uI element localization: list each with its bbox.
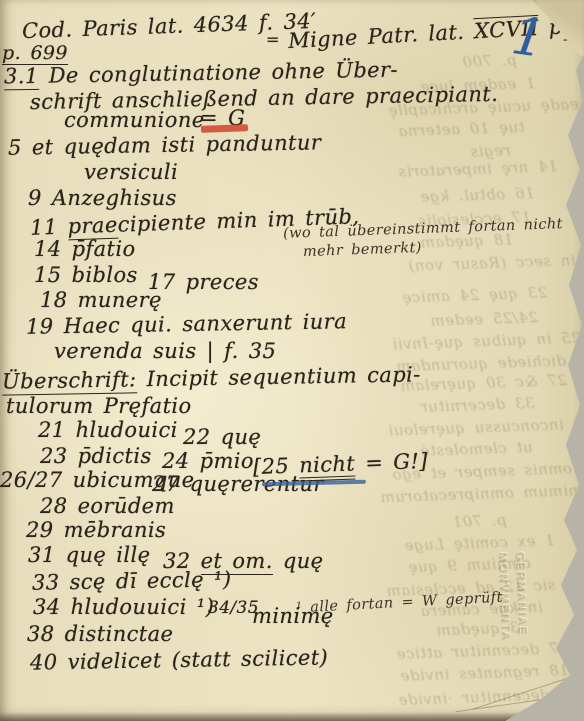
ueberschrift-line: Überschrift: Incipit sequentium capi- [2, 364, 421, 392]
incipit-text: Incipit sequentium capi- [136, 362, 421, 391]
bleedthrough-line: 16 obtul. kge [420, 184, 535, 206]
entry-19-continuation: verenda suis | f. 35 [54, 341, 276, 362]
equals-sign: = [266, 32, 280, 48]
bleedthrough-line: 18 regnantes invide [400, 661, 569, 685]
tulorum-line: tulorum Pręfatio [6, 396, 192, 417]
bleedthrough-line: 33 decernitur [420, 394, 535, 416]
bleedthrough-line: tuę 10 aeterna [398, 118, 525, 140]
marginal-note-line2: mehr bemerkt) [303, 241, 422, 260]
scanned-manuscript-page: { "t": { "header_left": "Cod. Paris lat.… [0, 0, 584, 721]
entry-5: 5 et quędam isti panduntur [8, 132, 322, 158]
bleedthrough-line: 27 &c 30 quęrelam [400, 371, 567, 395]
entry-18: 18 munerę [40, 290, 162, 311]
bleedthrough-line: 25 in quibus quę-Invii [392, 329, 581, 354]
entry-31: 31 quę illę [28, 545, 150, 566]
entry-22: 22 quę [183, 427, 261, 448]
bleedthrough-line: 17 decennitur attice [396, 639, 569, 663]
scan-edge-shadow [0, 712, 584, 721]
entry-33: 33 scę dī ecclę ¹) [32, 569, 232, 593]
bleedthrough-line: p. 701 [452, 511, 507, 531]
entry-25-close: = G!] [355, 449, 429, 476]
entry-32-rest: quę [273, 549, 324, 573]
folio-number-blue: 1 [508, 6, 549, 70]
page-ref-699: p. 699 [2, 44, 68, 65]
entry-14: 14 p̄fatio [34, 239, 136, 260]
entry-21: 21 hludouici [38, 420, 178, 441]
entry-40: 40 videlicet (statt scilicet) [30, 647, 329, 673]
bleedthrough-line: 35 inconcussu quęreloui [388, 414, 584, 439]
bleedthrough-line: 43 minimum omniprecatorum [380, 480, 584, 507]
bleedthrough-line: 24/25 eedem [430, 308, 539, 330]
bleedthrough-line: 14 nrę imperatoris [398, 157, 558, 181]
bleedthrough-line: regis [470, 141, 511, 160]
section-text: De conglutinatione ohne Über- [38, 58, 398, 88]
bleedthrough-line: ut clemolestė [420, 438, 533, 460]
entry-34: 34 hludouuici ¹) [33, 597, 214, 618]
manuscript-paper: p. 700 1 eadem lucę 5 eadę ucuię archica… [0, 0, 584, 721]
section-heading-line: 3.1 De conglutinatione ohne Über- [4, 60, 398, 88]
bleedthrough-line: 23 quę 24 amicę [402, 283, 548, 306]
entry-28: 28 eorūdem [40, 496, 175, 517]
section-number: 3.1 [4, 64, 39, 91]
bleedthrough-line: 1 ex comitę Luge [404, 531, 555, 554]
entry-29: 29 mēbranis [26, 520, 166, 541]
entry-38: 38 distinctae [27, 624, 173, 645]
entry-17: 17 preces [148, 272, 259, 293]
entry-9: 9 Anzeghisus [28, 188, 177, 209]
entry-19: 19 Haec qui. sanxerunt iura [26, 311, 347, 338]
lemma-communione: communione [64, 110, 205, 131]
bleedthrough-line: ut decennitur ·invide [398, 685, 576, 709]
entry-5-continuation: versiculi [84, 162, 178, 183]
entry-23: 23 p̄dictis [40, 446, 152, 467]
entry-15: 15 biblos [34, 265, 138, 286]
bleedthrough-line: in secc (Rasur von) [408, 251, 576, 275]
ueberschrift-label: Überschrift: [2, 367, 137, 395]
entry-11-number: 11 [30, 214, 68, 239]
